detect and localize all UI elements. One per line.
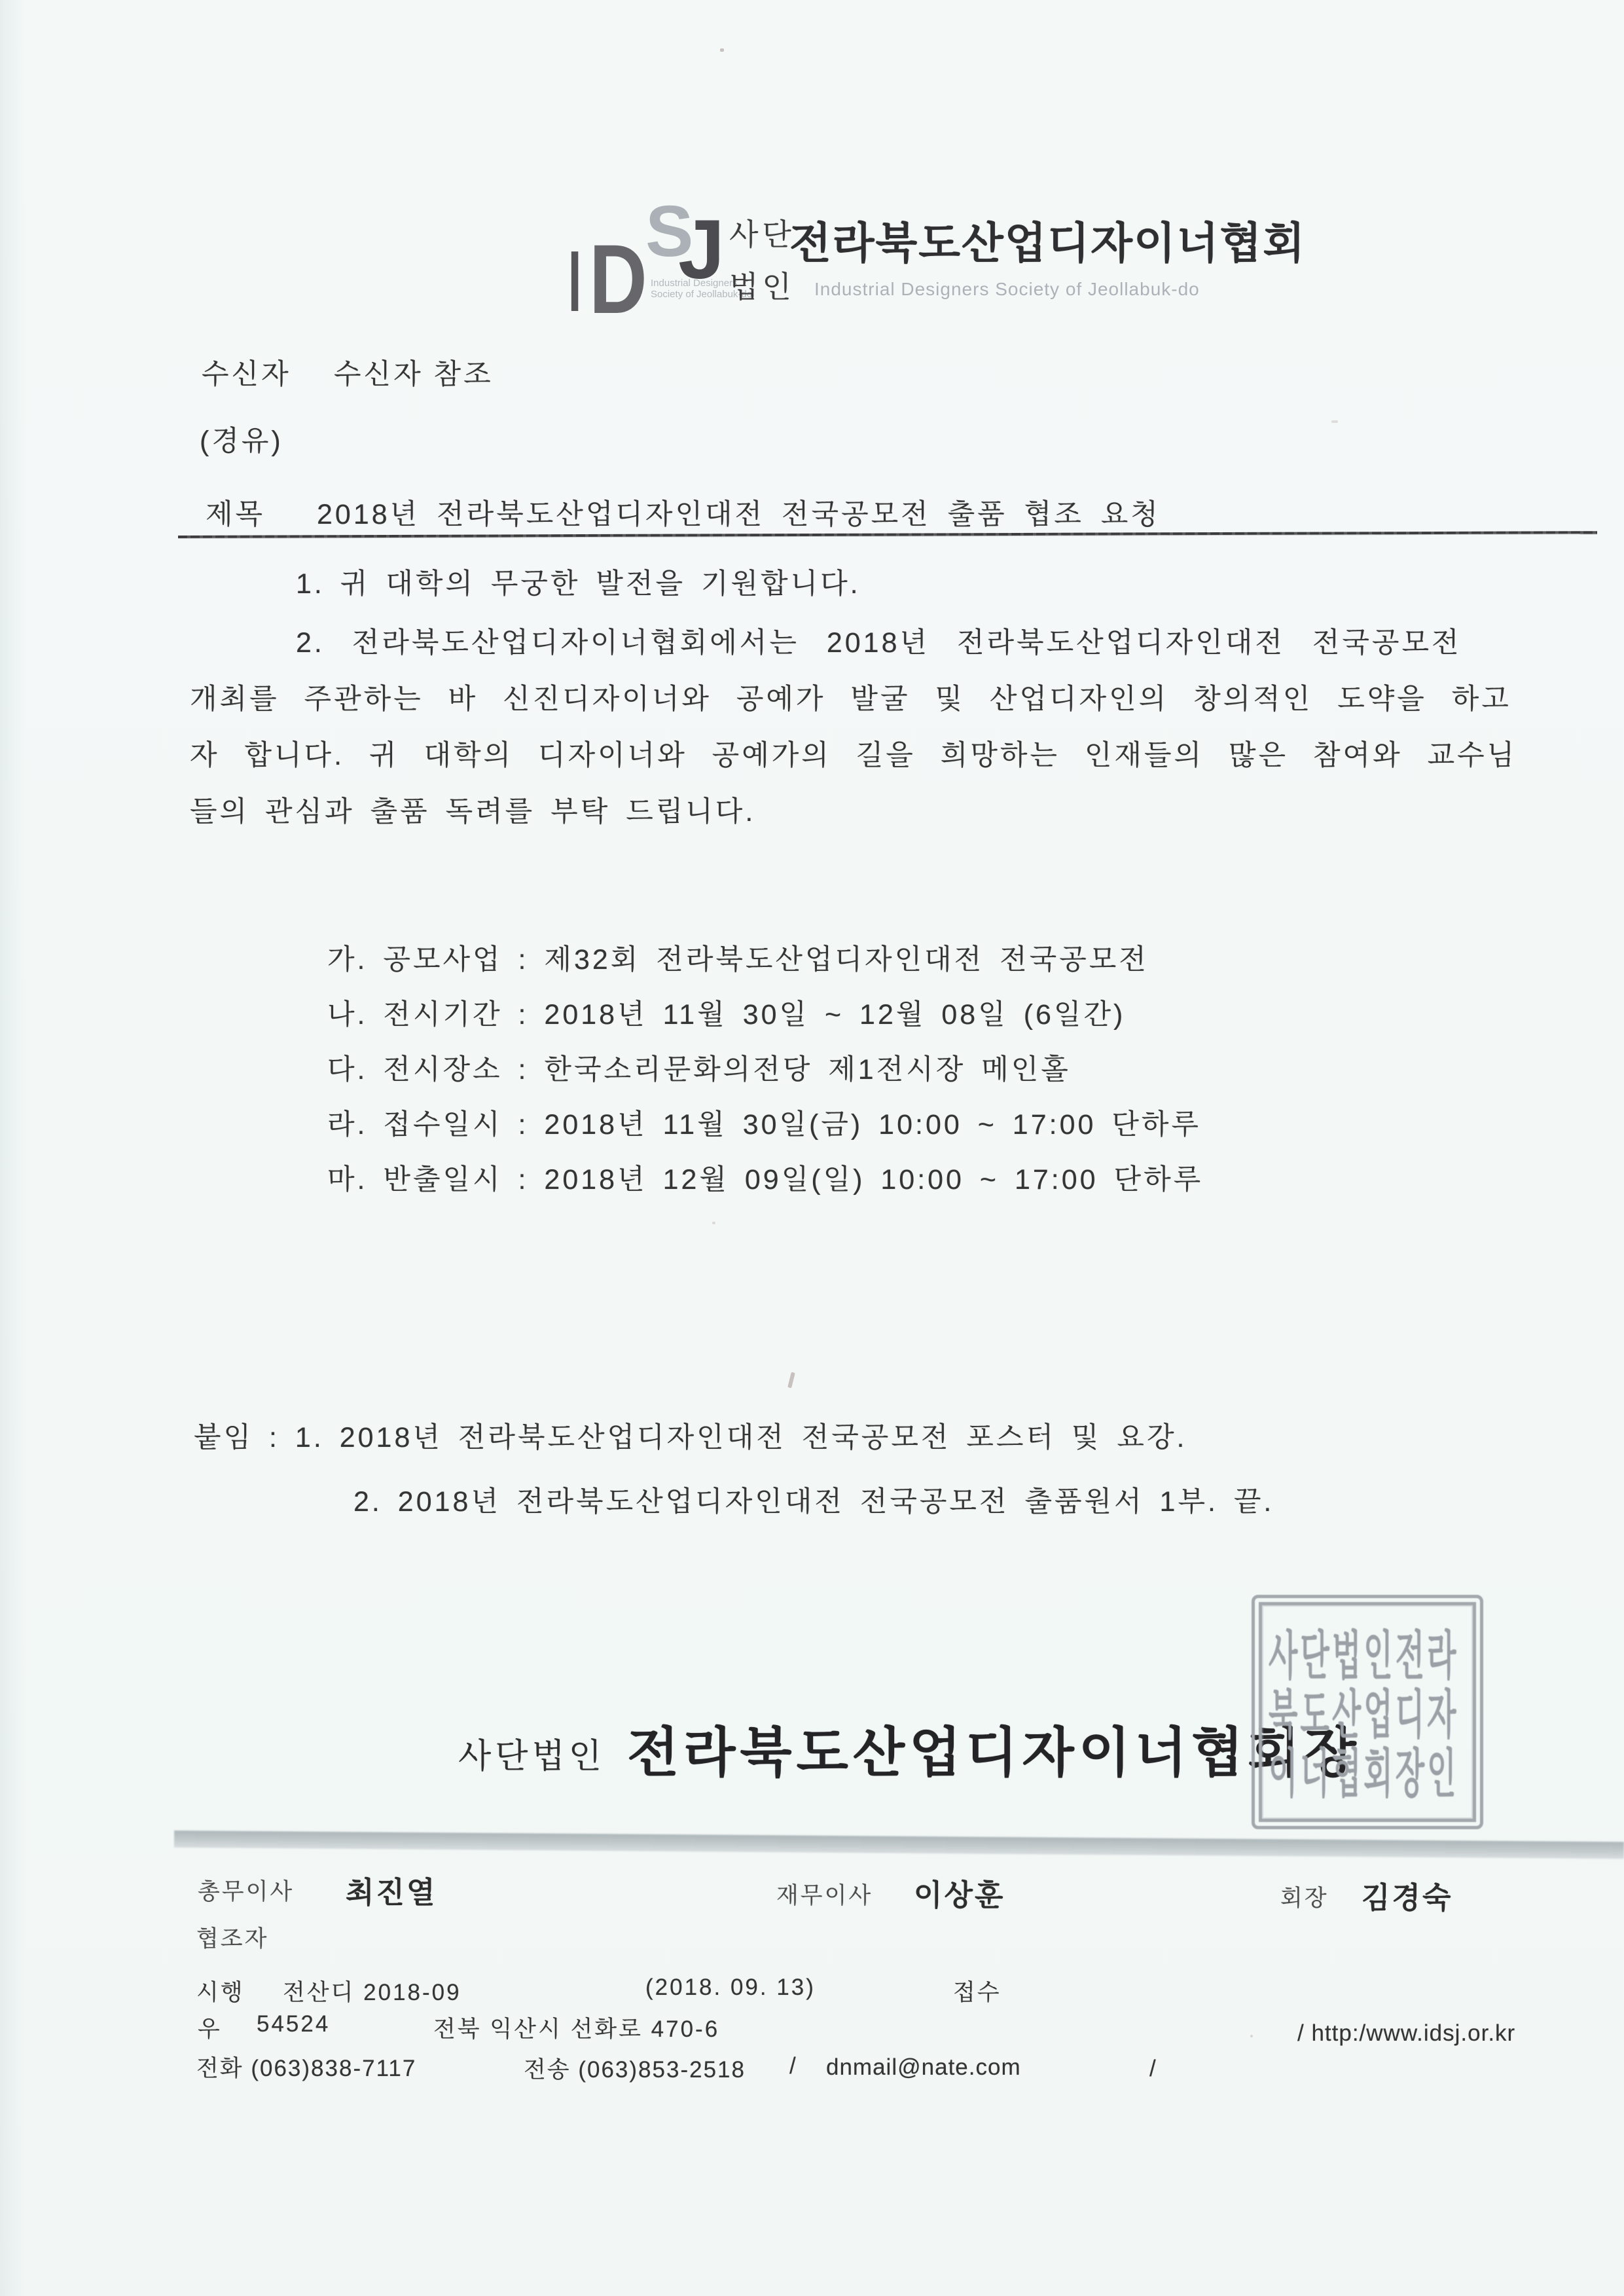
scan-speck	[1331, 420, 1338, 423]
official-name-2: 이상훈	[914, 1871, 1005, 1914]
detail-line-ga: 가. 공모사업 : 제32회 전라북도산업디자인대전 전국공모전	[327, 938, 1149, 977]
subject-text: 2018년 전라북도산업디자인대전 전국공모전 출품 협조 요청	[317, 492, 1161, 532]
via-line: (경유)	[200, 419, 283, 459]
cooperator-label: 협조자	[196, 1921, 268, 1954]
org-name-korean: 전라북도산업디자이너협회	[789, 208, 1306, 270]
official-title-2: 재무이사	[776, 1878, 873, 1910]
official-title-1: 총무이사	[198, 1874, 294, 1906]
dispatch-date: (2018. 09. 13)	[645, 1975, 816, 2001]
postal-label: 우	[198, 2011, 222, 2044]
attachment-line-2: 2. 2018년 전라북도산업디자인대전 전국공모전 출품원서 1부. 끝.	[353, 1480, 1274, 1520]
separator-slash-2: /	[1149, 2056, 1159, 2082]
subject-label: 제목	[206, 492, 265, 532]
body-paragraph-2-line4: 들의 관심과 출품 독려를 부탁 드립니다.	[190, 790, 755, 829]
logo-letter-i: I	[568, 232, 581, 331]
body-paragraph-2-line3: 자 합니다. 귀 대학의 디자이너와 공예가의 길을 희망하는 인재들의 많은 …	[190, 733, 1517, 773]
detail-line-ra: 라. 접수일시 : 2018년 11월 30일(금) 10:00 ~ 17:00…	[327, 1102, 1201, 1142]
official-seal-stamp: 사단법인전라 북도산업디자 이너협회장인	[1252, 1595, 1483, 1829]
detail-line-ma: 마. 반출일시 : 2018년 12월 09일(일) 10:00 ~ 17:00…	[327, 1157, 1203, 1197]
signer-title: 전라북도산업디자이너협회장	[627, 1710, 1361, 1787]
scan-speck	[787, 1372, 795, 1389]
postal-code: 54524	[257, 2011, 330, 2037]
separator-slash-1: /	[789, 2053, 799, 2079]
scan-speck	[712, 1222, 715, 1224]
footer-divider-band	[174, 1831, 1624, 1859]
body-paragraph-1: 1. 귀 대학의 무궁한 발전을 기원합니다.	[296, 562, 861, 602]
postal-address: 전북 익산시 선화로 470-6	[433, 2011, 719, 2044]
detail-line-na: 나. 전시기간 : 2018년 11월 30일 ~ 12월 08일 (6일간)	[327, 993, 1125, 1032]
seal-text-row3: 이너협회장인	[1269, 1732, 1445, 1808]
body-paragraph-2-line2: 개최를 주관하는 바 신진디자이너와 공예가 발굴 및 산업디자인의 창의적인 …	[190, 677, 1511, 717]
scanned-letter-sheet: I D S J Industrial Designers Society of …	[0, 0, 1624, 2296]
body-paragraph-2-line1: 2. 전라북도산업디자이너협회에서는 2018년 전라북도산업디자인대전 전국공…	[296, 621, 1462, 661]
dispatch-doc-no: 전산디 2018-09	[283, 1975, 461, 2007]
signer-prefix: 사단법인	[458, 1728, 605, 1777]
recipient-value: 수신자 참조	[334, 352, 494, 392]
email-address: dnmail@nate.com	[826, 2054, 1021, 2081]
attachment-line-1: 붙임 : 1. 2018년 전라북도산업디자인대전 전국공모전 포스터 및 요강…	[194, 1415, 1187, 1455]
org-logo-mark: I D S J	[568, 198, 719, 322]
scan-speck	[1250, 2035, 1253, 2037]
org-type-line2: 법인	[729, 263, 795, 306]
fax-number: 전송 (063)853-2518	[524, 2052, 746, 2085]
official-name-3: 김경숙	[1362, 1874, 1453, 1916]
recipient-label: 수신자	[202, 352, 291, 392]
receipt-label: 접수	[953, 1975, 1001, 2007]
detail-line-da: 다. 전시장소 : 한국소리문화의전당 제1전시장 메인홀	[327, 1048, 1071, 1087]
website-url: / http:/www.idsj.or.kr	[1297, 2020, 1515, 2047]
official-name-1: 최진열	[346, 1868, 437, 1911]
dispatch-label: 시행	[196, 1975, 245, 2007]
org-name-english: Industrial Designers Society of Jeollabu…	[814, 279, 1200, 300]
org-type-line1: 사단	[729, 211, 795, 254]
official-title-3: 회장	[1280, 1880, 1329, 1913]
scan-speck	[720, 48, 724, 52]
logo-letter-d: D	[589, 223, 647, 336]
phone-number: 전화 (063)838-7117	[196, 2050, 416, 2083]
